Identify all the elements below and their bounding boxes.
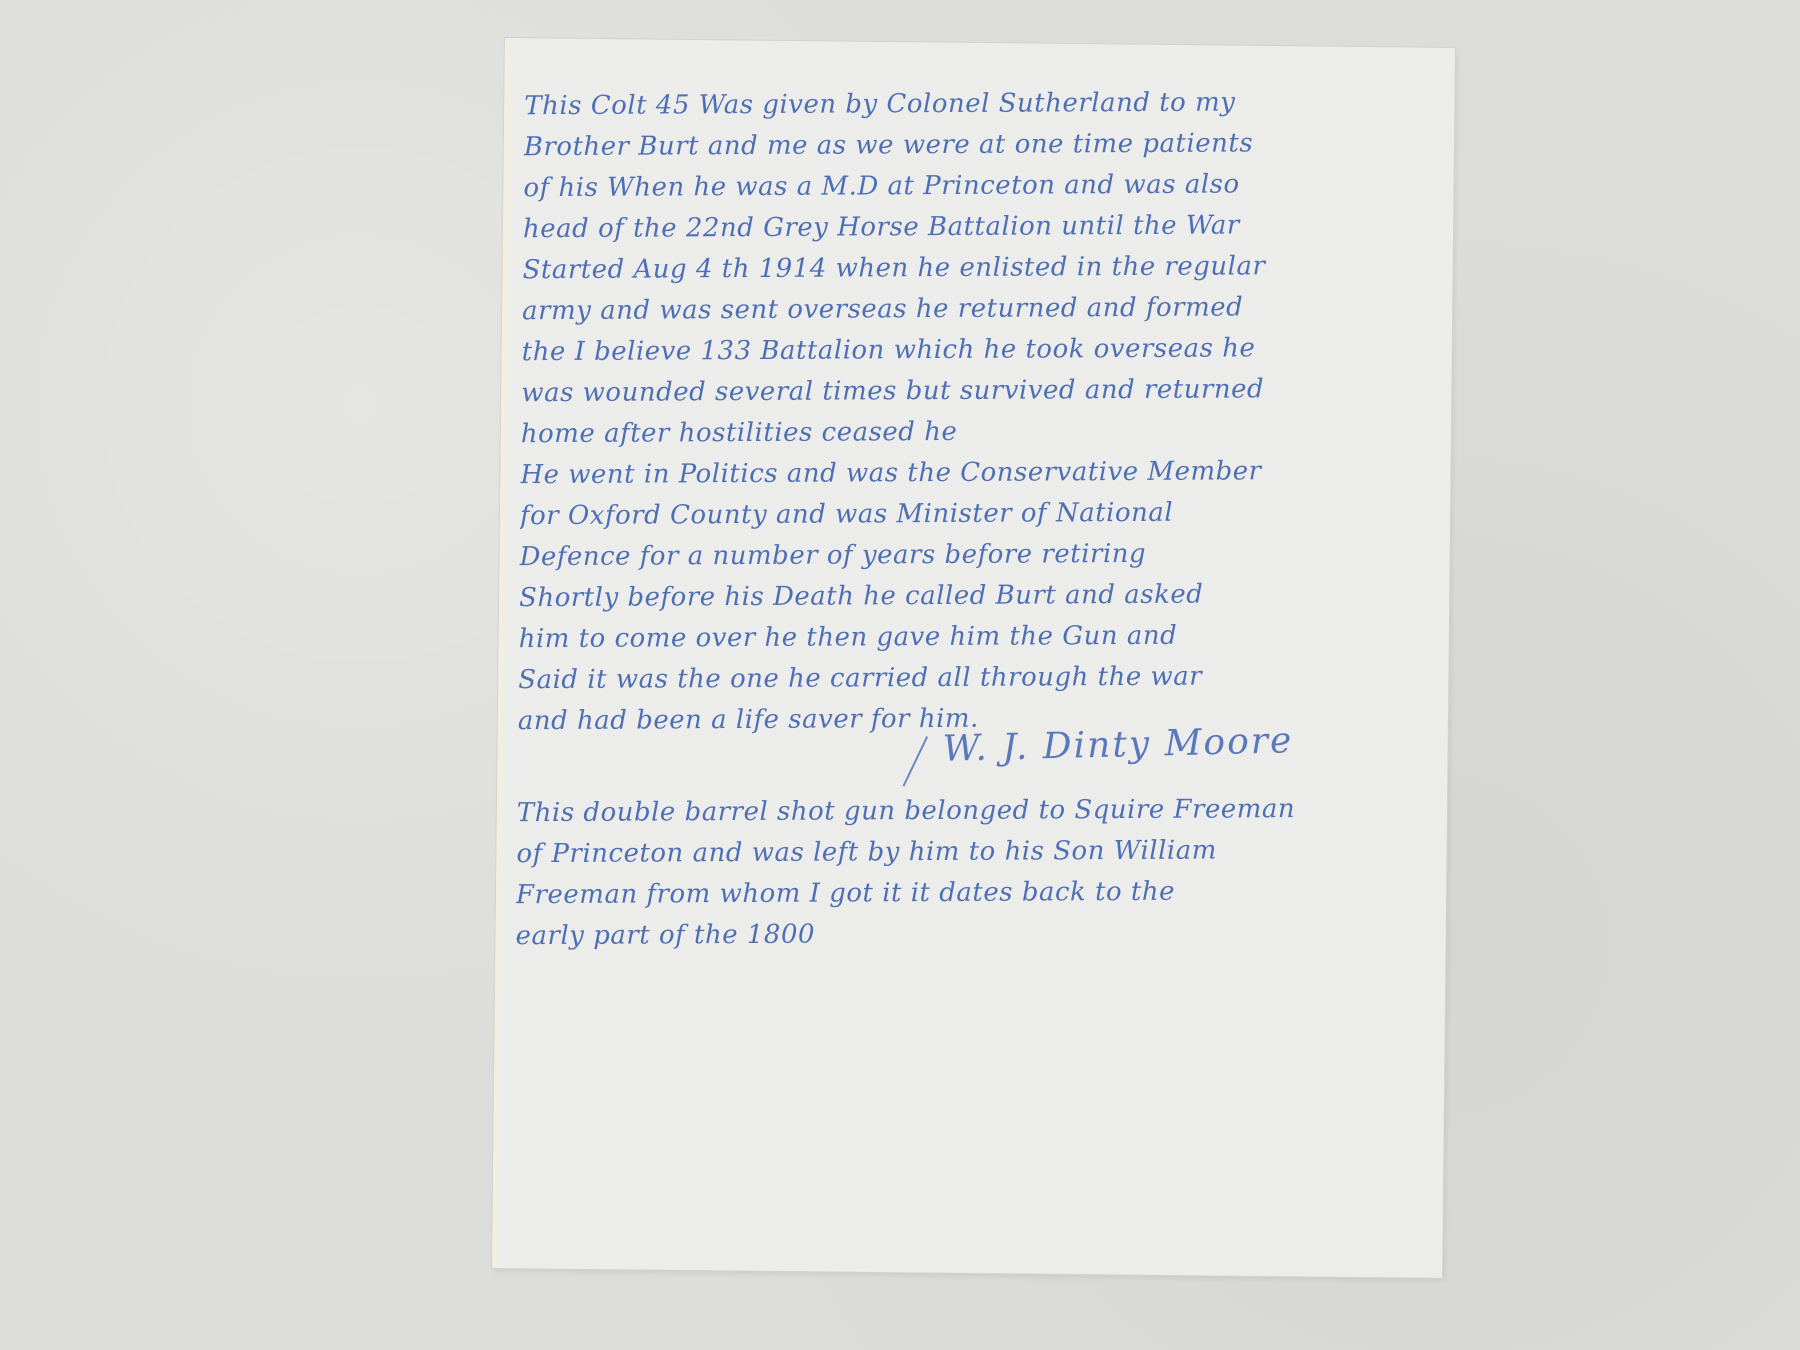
text-line: He went in Politics and was the Conserva… [520,450,1420,496]
paragraph-colt-45: This Colt 45 Was given by Colonel Suther… [518,86,1425,751]
text-line: Started Aug 4 th 1914 when he enlisted i… [522,245,1422,291]
text-line: home after hostilities ceased he [521,409,1421,455]
text-line: This double barrel shot gun belonged to … [517,788,1417,834]
handwritten-letter-page: This Colt 45 Was given by Colonel Suther… [492,38,1455,1278]
text-line: head of the 22nd Grey Horse Battalion un… [523,204,1423,250]
paragraph-shotgun: This double barrel shot gun belonged to … [515,793,1417,966]
text-line: early part of the 1800 [515,911,1415,957]
text-line: for Oxford County and was Minister of Na… [520,491,1420,537]
text-line: Shortly before his Death he called Burt … [519,573,1419,619]
signature: W. J. Dinty Moore [942,720,1294,770]
text-line: army and was sent overseas he returned a… [522,286,1422,332]
text-line: the I believe 133 Battalion which he too… [522,327,1422,373]
text-line: Said it was the one he carried all throu… [518,655,1418,701]
text-line: This Colt 45 Was given by Colonel Suther… [524,81,1424,127]
text-line: of Princeton and was left by him to his … [516,829,1416,875]
text-line: Brother Burt and me as we were at one ti… [524,122,1424,168]
text-line: of his When he was a M.D at Princeton an… [523,163,1423,209]
text-line: was wounded several times but survived a… [521,368,1421,414]
text-line: Freeman from whom I got it it dates back… [516,870,1416,916]
text-line: Defence for a number of years before ret… [519,532,1419,578]
text-line: him to come over he then gave him the Gu… [519,614,1419,660]
